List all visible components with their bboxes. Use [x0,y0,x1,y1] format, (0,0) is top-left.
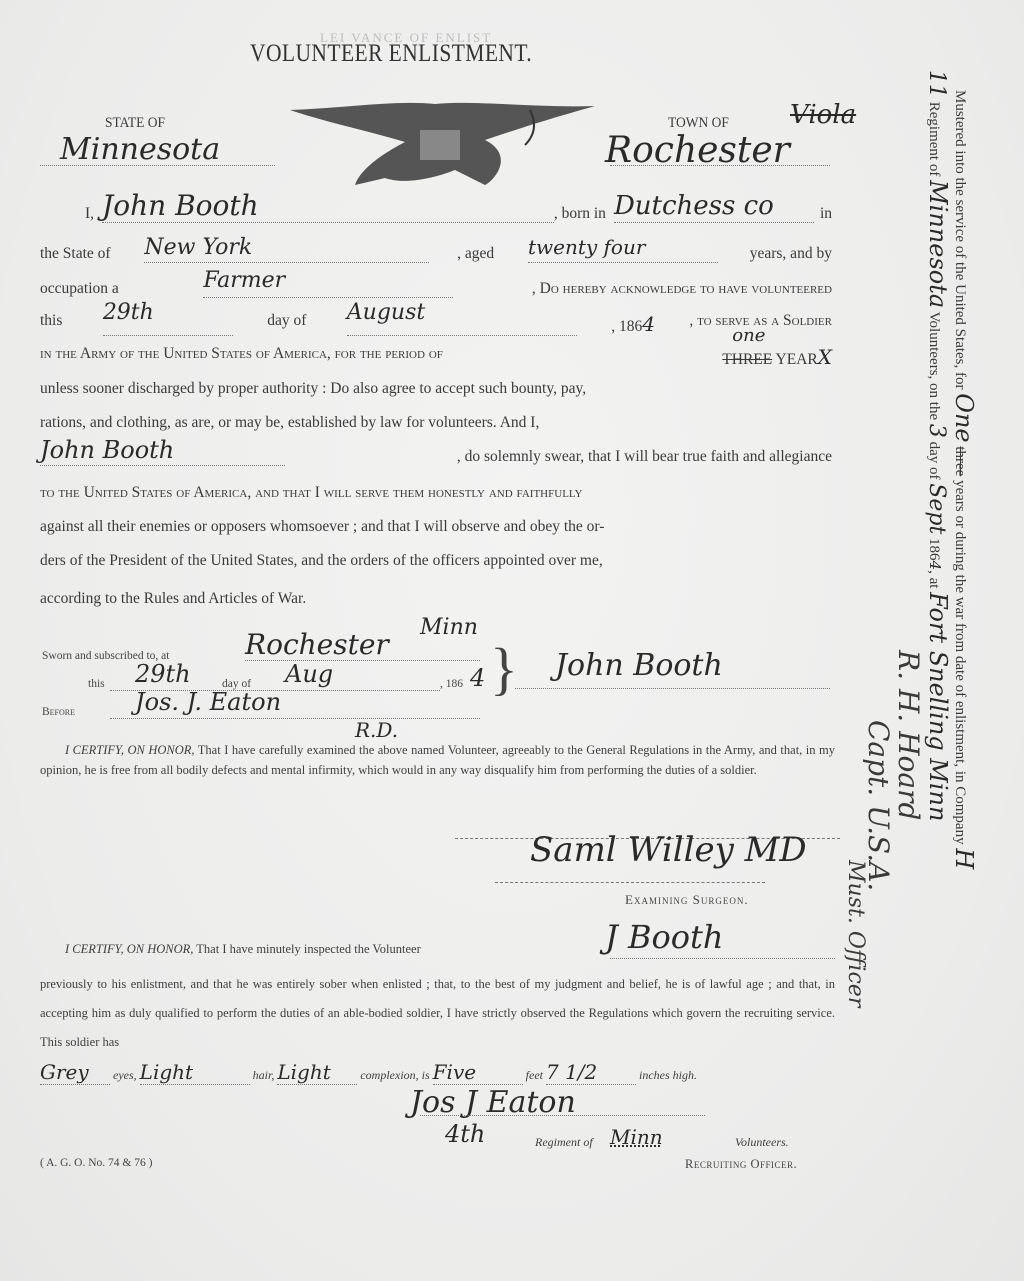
period-struck: THREE [722,351,772,368]
signature-line [515,688,830,689]
surgeon-title: Examining Surgeon. [625,892,749,908]
town-struck: Viola [790,100,856,130]
hair-color: Light [140,1060,250,1085]
eagle-emblem-icon [285,100,600,190]
occupation: Farmer [203,268,453,298]
before-official: Jos. J. Eaton [135,688,281,716]
muster-line-1: Mustered into the service of the United … [950,90,978,869]
period-inserted: one [732,325,765,346]
enlistee-signature: John Booth [555,648,723,683]
oath-line-2: the State of New York , aged twenty four… [40,245,832,263]
oath-line-8: John Booth , do solemnly swear, that I w… [40,448,832,466]
surgeon-certificate: I CERTIFY, ON HONOR, That I have careful… [40,740,835,780]
document-title: VOLUNTEER ENLISTMENT. [250,40,532,68]
birthplace: Dutchess co [614,191,814,223]
rd-mark: R.D. [355,718,398,742]
sworn-year-label: , 186 [440,678,463,690]
oath-line-11: ders of the President of the United Stat… [40,552,832,570]
officer-cert-lead: I CERTIFY, ON HONOR, That I have minutel… [65,942,421,957]
oath-line-7: rations, and clothing, as are, or may be… [40,414,832,432]
sworn-at-place: Rochester [245,628,389,661]
brace: } [490,640,518,698]
form-number: ( A. G. O. No. 74 & 76 ) [40,1157,152,1169]
surgeon-signature: Saml Willey MD [530,830,807,870]
volunteer-line [610,958,835,959]
regiment-label: Regiment of [535,1135,593,1150]
oath-line-12: according to the Rules and Articles of W… [40,590,832,608]
enlist-year-digit: 4 [642,312,655,336]
before-line [110,718,480,719]
recruiting-officer-title: Recruiting Officer. [685,1157,797,1172]
physical-description: Grey eyes, Light hair, Light complexion,… [40,1060,800,1085]
state-value: Minnesota [60,132,220,167]
surgeon-line [495,882,765,883]
oath-line-10: against all their enemies or opposers wh… [40,518,832,536]
officer-certificate-text: previously to his enlistment, and that h… [40,970,835,1057]
muster-place: Fort Snelling Minn [924,592,952,821]
officer-sig-line [420,1115,705,1116]
mustering-officer-note: Must. Officer [843,860,868,1007]
sworn-at-line [245,660,480,661]
volunteers-label: Volunteers. [735,1135,789,1150]
regiment-state: Minn [610,1125,663,1149]
birth-state: New York [144,235,429,263]
inspected-volunteer: J Booth [605,918,724,956]
muster-day: 3 [924,424,949,438]
sworn-this-label: this [88,678,105,690]
muster-company: H [950,848,978,869]
height-inches: 7 1/2 [546,1060,636,1085]
town-line [610,165,830,166]
enlist-day: 29th [103,300,233,336]
sworn-state-annotation: Minn [420,615,478,640]
muster-line-2: 11 Regiment of Minnesota Volunteers, on … [924,70,952,821]
height-feet: Five [433,1060,523,1085]
oath-line-4: this 29th day of August , 1864 , to serv… [40,312,832,336]
enlistment-document: LEI VANCE OF ENLIST VOLUNTEER ENLISTMENT… [0,0,1024,1281]
regiment-number: 4th [445,1120,485,1148]
muster-regiment-num: 11 [924,70,949,98]
before-label: Before [42,706,75,718]
muster-period: One [950,393,978,442]
oath-line-1: I, John Booth , born in Dutchess co in [40,205,832,223]
muster-month: Sept [924,483,949,534]
mustering-officer-signature: R. H. Hoard [892,650,925,820]
sworn-month: Aug [285,660,333,688]
muster-state: Minnesota [924,180,952,308]
oath-line-9: to the United States of America, and tha… [40,484,832,502]
enlist-month: August [347,300,577,336]
state-line [40,165,275,166]
enlistee-name: John Booth [102,189,554,223]
oath-name: John Booth [40,436,285,466]
sworn-day: 29th [135,660,191,688]
sworn-year-digit: 4 [470,664,485,692]
eyes-color: Grey [40,1060,110,1085]
oath-line-6: unless sooner discharged by proper autho… [40,380,832,398]
complexion: Light [277,1060,357,1085]
state-label: STATE OF [105,115,165,132]
oath-line-3: occupation a Farmer , Do hereby acknowle… [40,280,832,298]
oath-line-5: in the Army of the United States of Amer… [40,345,832,369]
age: twenty four [528,235,718,263]
